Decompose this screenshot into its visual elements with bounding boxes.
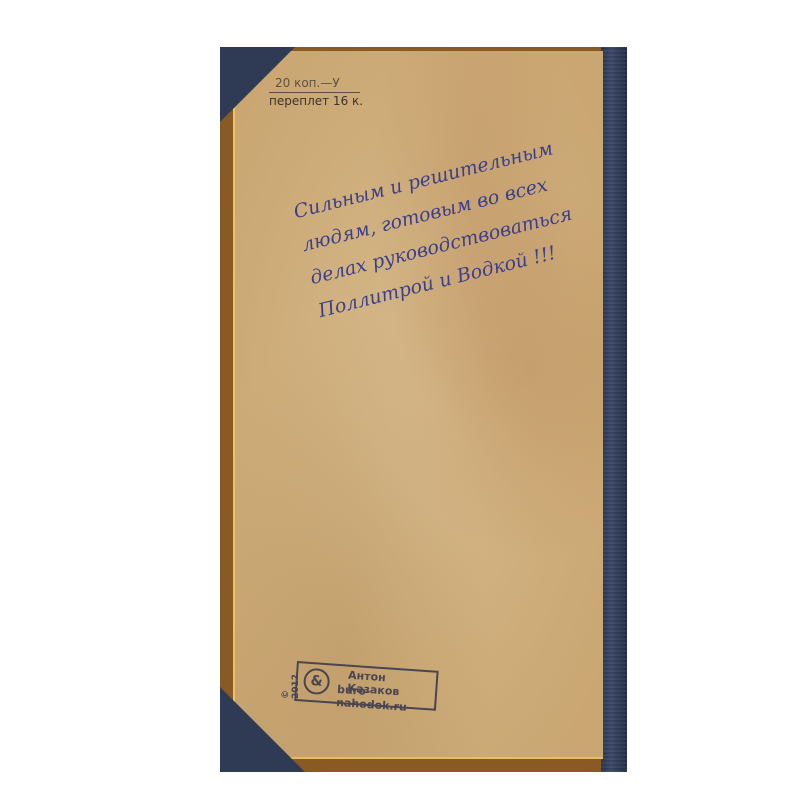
corner-top-left: [220, 47, 295, 122]
stamp-box: & Антон Казаков buro-nahodok.ru: [294, 661, 438, 711]
corner-bottom-left: [220, 687, 305, 772]
ampersand-icon: &: [303, 668, 331, 696]
notebook: 20 коп.—У переплет 16 к. Сильным и решит…: [220, 47, 630, 772]
stamp-site: buro-nahodok.ru: [336, 683, 436, 716]
handwritten-inscription: Сильным и решительным людям, готовым во …: [290, 123, 614, 328]
cover-paper: 20 коп.—У переплет 16 к. Сильным и решит…: [233, 51, 603, 759]
spine-cloth: [601, 47, 627, 772]
